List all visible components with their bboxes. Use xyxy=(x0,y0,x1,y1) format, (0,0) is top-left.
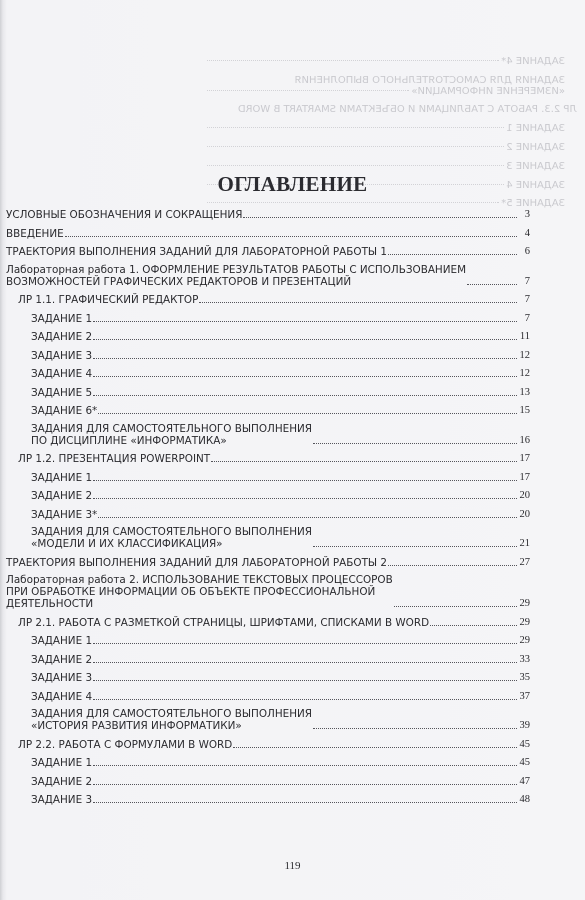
dot-leader xyxy=(93,680,517,681)
toc-entry-title: ЗАДАНИЕ 4 xyxy=(31,368,92,380)
toc-entry-page: 33 xyxy=(518,654,530,666)
dot-leader xyxy=(199,302,517,303)
toc-entry: ЗАДАНИЕ 233 xyxy=(6,654,530,666)
dot-leader xyxy=(93,765,517,766)
dot-leader xyxy=(233,747,517,748)
dot-leader xyxy=(243,217,517,218)
bleed-through-line: ЗАДАНИЕ 3 xyxy=(205,161,565,172)
dot-leader xyxy=(93,376,517,377)
toc-entry-title: ЗАДАНИЕ 5 xyxy=(31,387,92,399)
page-title: ОГЛАВЛЕНИЕ xyxy=(0,172,585,197)
toc-entry: ВВЕДЕНИЕ4 xyxy=(6,228,530,240)
toc-entry-title: ЗАДАНИЕ 3 xyxy=(31,794,92,806)
toc-entry-page: 39 xyxy=(518,720,530,732)
toc-entry-page: 20 xyxy=(518,509,530,521)
dot-leader xyxy=(98,517,517,518)
toc-entry-page: 17 xyxy=(518,453,530,465)
toc-entry: ЗАДАНИЕ 117 xyxy=(6,472,530,484)
toc-entry-title: ЗАДАНИЕ 2 xyxy=(31,331,92,343)
toc-entry-title: Лабораторная работа 1. ОФОРМЛЕНИЕ РЕЗУЛЬ… xyxy=(6,264,466,288)
toc-entry-page: 7 xyxy=(518,276,530,288)
bleed-through-line: ЗАДАНИЯ ДЛЯ САМОСТОЯТЕЛЬНОГО ВЫПОЛНЕНИЯ xyxy=(205,75,565,86)
toc-entry-title: ЛР 1.2. ПРЕЗЕНТАЦИЯ POWERPOINT xyxy=(18,453,210,465)
dot-leader xyxy=(93,395,517,396)
toc-entry-page: 7 xyxy=(518,294,530,306)
page-number: 119 xyxy=(0,860,585,872)
toc-entry-page: 17 xyxy=(518,472,530,484)
toc-entry: ЗАДАНИЕ 513 xyxy=(6,387,530,399)
toc-entry-page: 13 xyxy=(518,387,530,399)
toc-entry-title: УСЛОВНЫЕ ОБОЗНАЧЕНИЯ И СОКРАЩЕНИЯ xyxy=(6,209,242,221)
dot-leader xyxy=(65,236,517,237)
toc-entry-title: ЗАДАНИЕ 1 xyxy=(31,635,92,647)
bleed-through-line: ЗАДАНИЕ 5* xyxy=(205,198,565,209)
table-of-contents: УСЛОВНЫЕ ОБОЗНАЧЕНИЯ И СОКРАЩЕНИЯ3ВВЕДЕН… xyxy=(6,209,530,813)
toc-entry: ЗАДАНИЕ 129 xyxy=(6,635,530,647)
toc-entry: ЛР 2.1. РАБОТА С РАЗМЕТКОЙ СТРАНИЦЫ, ШРИ… xyxy=(6,617,530,629)
toc-entry-title: ЗАДАНИЯ ДЛЯ САМОСТОЯТЕЛЬНОГО ВЫПОЛНЕНИЯ … xyxy=(31,526,312,550)
dot-leader xyxy=(313,546,517,547)
toc-entry-title: Лабораторная работа 2. ИСПОЛЬЗОВАНИЕ ТЕК… xyxy=(6,574,393,610)
bleed-through-line: ЗАДАНИЕ 4* xyxy=(205,56,565,67)
dot-leader xyxy=(430,625,517,626)
toc-entry: ЗАДАНИЕ 348 xyxy=(6,794,530,806)
dot-leader xyxy=(388,254,517,255)
toc-entry-title: ЗАДАНИЯ ДЛЯ САМОСТОЯТЕЛЬНОГО ВЫПОЛНЕНИЯ … xyxy=(31,423,312,447)
toc-entry: ЗАДАНИЕ 412 xyxy=(6,368,530,380)
toc-entry-title: ТРАЕКТОРИЯ ВЫПОЛНЕНИЯ ЗАДАНИЙ ДЛЯ ЛАБОРА… xyxy=(6,557,387,569)
toc-entry: ЗАДАНИЯ ДЛЯ САМОСТОЯТЕЛЬНОГО ВЫПОЛНЕНИЯ … xyxy=(6,708,530,732)
toc-entry-title: ЗАДАНИЕ 2 xyxy=(31,776,92,788)
toc-entry-title: ВВЕДЕНИЕ xyxy=(6,228,64,240)
toc-entry-page: 35 xyxy=(518,672,530,684)
dot-leader xyxy=(93,339,517,340)
toc-entry-title: ЗАДАНИЕ 3 xyxy=(31,672,92,684)
toc-entry: ЗАДАНИЕ 17 xyxy=(6,313,530,325)
toc-entry: УСЛОВНЫЕ ОБОЗНАЧЕНИЯ И СОКРАЩЕНИЯ3 xyxy=(6,209,530,221)
toc-entry: ЗАДАНИЕ 220 xyxy=(6,490,530,502)
toc-entry-page: 15 xyxy=(518,405,530,417)
toc-entry-title: ЗАДАНИЕ 2 xyxy=(31,490,92,502)
dot-leader xyxy=(93,321,517,322)
toc-entry-page: 27 xyxy=(518,557,530,569)
toc-entry-title: ЗАДАНИЕ 2 xyxy=(31,654,92,666)
toc-entry-page: 29 xyxy=(518,635,530,647)
toc-entry: ЗАДАНИЯ ДЛЯ САМОСТОЯТЕЛЬНОГО ВЫПОЛНЕНИЯ … xyxy=(6,423,530,447)
toc-entry: ЗАДАНИЕ 3*20 xyxy=(6,509,530,521)
toc-entry-page: 6 xyxy=(518,246,530,258)
toc-entry-page: 7 xyxy=(518,313,530,325)
dot-leader xyxy=(211,461,517,462)
toc-entry: ЗАДАНИЕ 312 xyxy=(6,350,530,362)
toc-entry-title: ТРАЕКТОРИЯ ВЫПОЛНЕНИЯ ЗАДАНИЙ ДЛЯ ЛАБОРА… xyxy=(6,246,387,258)
bleed-through-line: ЛР 2.3. РАБОТА С ТАБЛИЦАМИ И ОБЪЕКТАМИ S… xyxy=(217,104,577,115)
bleed-through-line: ЗАДАНИЕ 2 xyxy=(205,142,565,153)
toc-entry-title: ЗАДАНИЕ 6* xyxy=(31,405,97,417)
toc-entry-title: ЗАДАНИЕ 3* xyxy=(31,509,97,521)
toc-entry-title: ЗАДАНИЕ 1 xyxy=(31,472,92,484)
dot-leader xyxy=(93,643,517,644)
toc-entry-page: 20 xyxy=(518,490,530,502)
toc-entry: ЗАДАНИЕ 6*15 xyxy=(6,405,530,417)
dot-leader xyxy=(98,413,517,414)
toc-entry: ЗАДАНИЕ 145 xyxy=(6,757,530,769)
dot-leader xyxy=(313,728,517,729)
dot-leader xyxy=(93,662,517,663)
toc-entry-page: 37 xyxy=(518,691,530,703)
toc-entry-page: 21 xyxy=(518,538,530,550)
toc-entry: ЛР 1.2. ПРЕЗЕНТАЦИЯ POWERPOINT17 xyxy=(6,453,530,465)
toc-entry-page: 12 xyxy=(518,368,530,380)
toc-entry: ТРАЕКТОРИЯ ВЫПОЛНЕНИЯ ЗАДАНИЙ ДЛЯ ЛАБОРА… xyxy=(6,246,530,258)
dot-leader xyxy=(93,784,517,785)
toc-entry: Лабораторная работа 2. ИСПОЛЬЗОВАНИЕ ТЕК… xyxy=(6,574,530,610)
dot-leader xyxy=(93,358,517,359)
bleed-through-line: «ИЗМЕРЕНИЕ ИНФОРМАЦИИ» xyxy=(205,86,565,97)
toc-entry-title: ЗАДАНИЕ 3 xyxy=(31,350,92,362)
toc-entry-page: 3 xyxy=(518,209,530,221)
toc-entry-page: 11 xyxy=(518,331,530,343)
dot-leader xyxy=(93,498,517,499)
toc-entry-page: 45 xyxy=(518,757,530,769)
toc-entry-title: ЗАДАНИЕ 4 xyxy=(31,691,92,703)
toc-entry-title: ЛР 2.1. РАБОТА С РАЗМЕТКОЙ СТРАНИЦЫ, ШРИ… xyxy=(18,617,429,629)
toc-entry: ЛР 1.1. ГРАФИЧЕСКИЙ РЕДАКТОР7 xyxy=(6,294,530,306)
dot-leader xyxy=(388,565,517,566)
toc-entry: ЛР 2.2. РАБОТА С ФОРМУЛАМИ В WORD45 xyxy=(6,739,530,751)
toc-entry: ЗАДАНИЕ 335 xyxy=(6,672,530,684)
toc-entry-title: ЛР 2.2. РАБОТА С ФОРМУЛАМИ В WORD xyxy=(18,739,232,751)
toc-entry-title: ЗАДАНИЕ 1 xyxy=(31,757,92,769)
dot-leader xyxy=(467,284,517,285)
dot-leader xyxy=(394,606,517,607)
dot-leader xyxy=(313,443,517,444)
bleed-through-line: ЗАДАНИЕ 1 xyxy=(205,123,565,134)
toc-entry: ЗАДАНИЕ 211 xyxy=(6,331,530,343)
toc-entry: Лабораторная работа 1. ОФОРМЛЕНИЕ РЕЗУЛЬ… xyxy=(6,264,530,288)
toc-entry-title: ЗАДАНИЕ 1 xyxy=(31,313,92,325)
toc-entry-page: 4 xyxy=(518,228,530,240)
toc-entry: ЗАДАНИЕ 437 xyxy=(6,691,530,703)
dot-leader xyxy=(93,480,517,481)
dot-leader xyxy=(93,802,517,803)
toc-entry-page: 12 xyxy=(518,350,530,362)
toc-entry-title: ЛР 1.1. ГРАФИЧЕСКИЙ РЕДАКТОР xyxy=(18,294,198,306)
toc-entry-page: 16 xyxy=(518,435,530,447)
toc-entry: ЗАДАНИЕ 247 xyxy=(6,776,530,788)
toc-entry: ЗАДАНИЯ ДЛЯ САМОСТОЯТЕЛЬНОГО ВЫПОЛНЕНИЯ … xyxy=(6,526,530,550)
toc-entry-page: 29 xyxy=(518,617,530,629)
toc-entry-page: 47 xyxy=(518,776,530,788)
book-page: ЗАДАНИЕ 4*ЗАДАНИЯ ДЛЯ САМОСТОЯТЕЛЬНОГО В… xyxy=(0,0,585,900)
dot-leader xyxy=(93,699,517,700)
toc-entry: ТРАЕКТОРИЯ ВЫПОЛНЕНИЯ ЗАДАНИЙ ДЛЯ ЛАБОРА… xyxy=(6,557,530,569)
toc-entry-title: ЗАДАНИЯ ДЛЯ САМОСТОЯТЕЛЬНОГО ВЫПОЛНЕНИЯ … xyxy=(31,708,312,732)
toc-entry-page: 48 xyxy=(518,794,530,806)
toc-entry-page: 45 xyxy=(518,739,530,751)
toc-entry-page: 29 xyxy=(518,598,530,610)
